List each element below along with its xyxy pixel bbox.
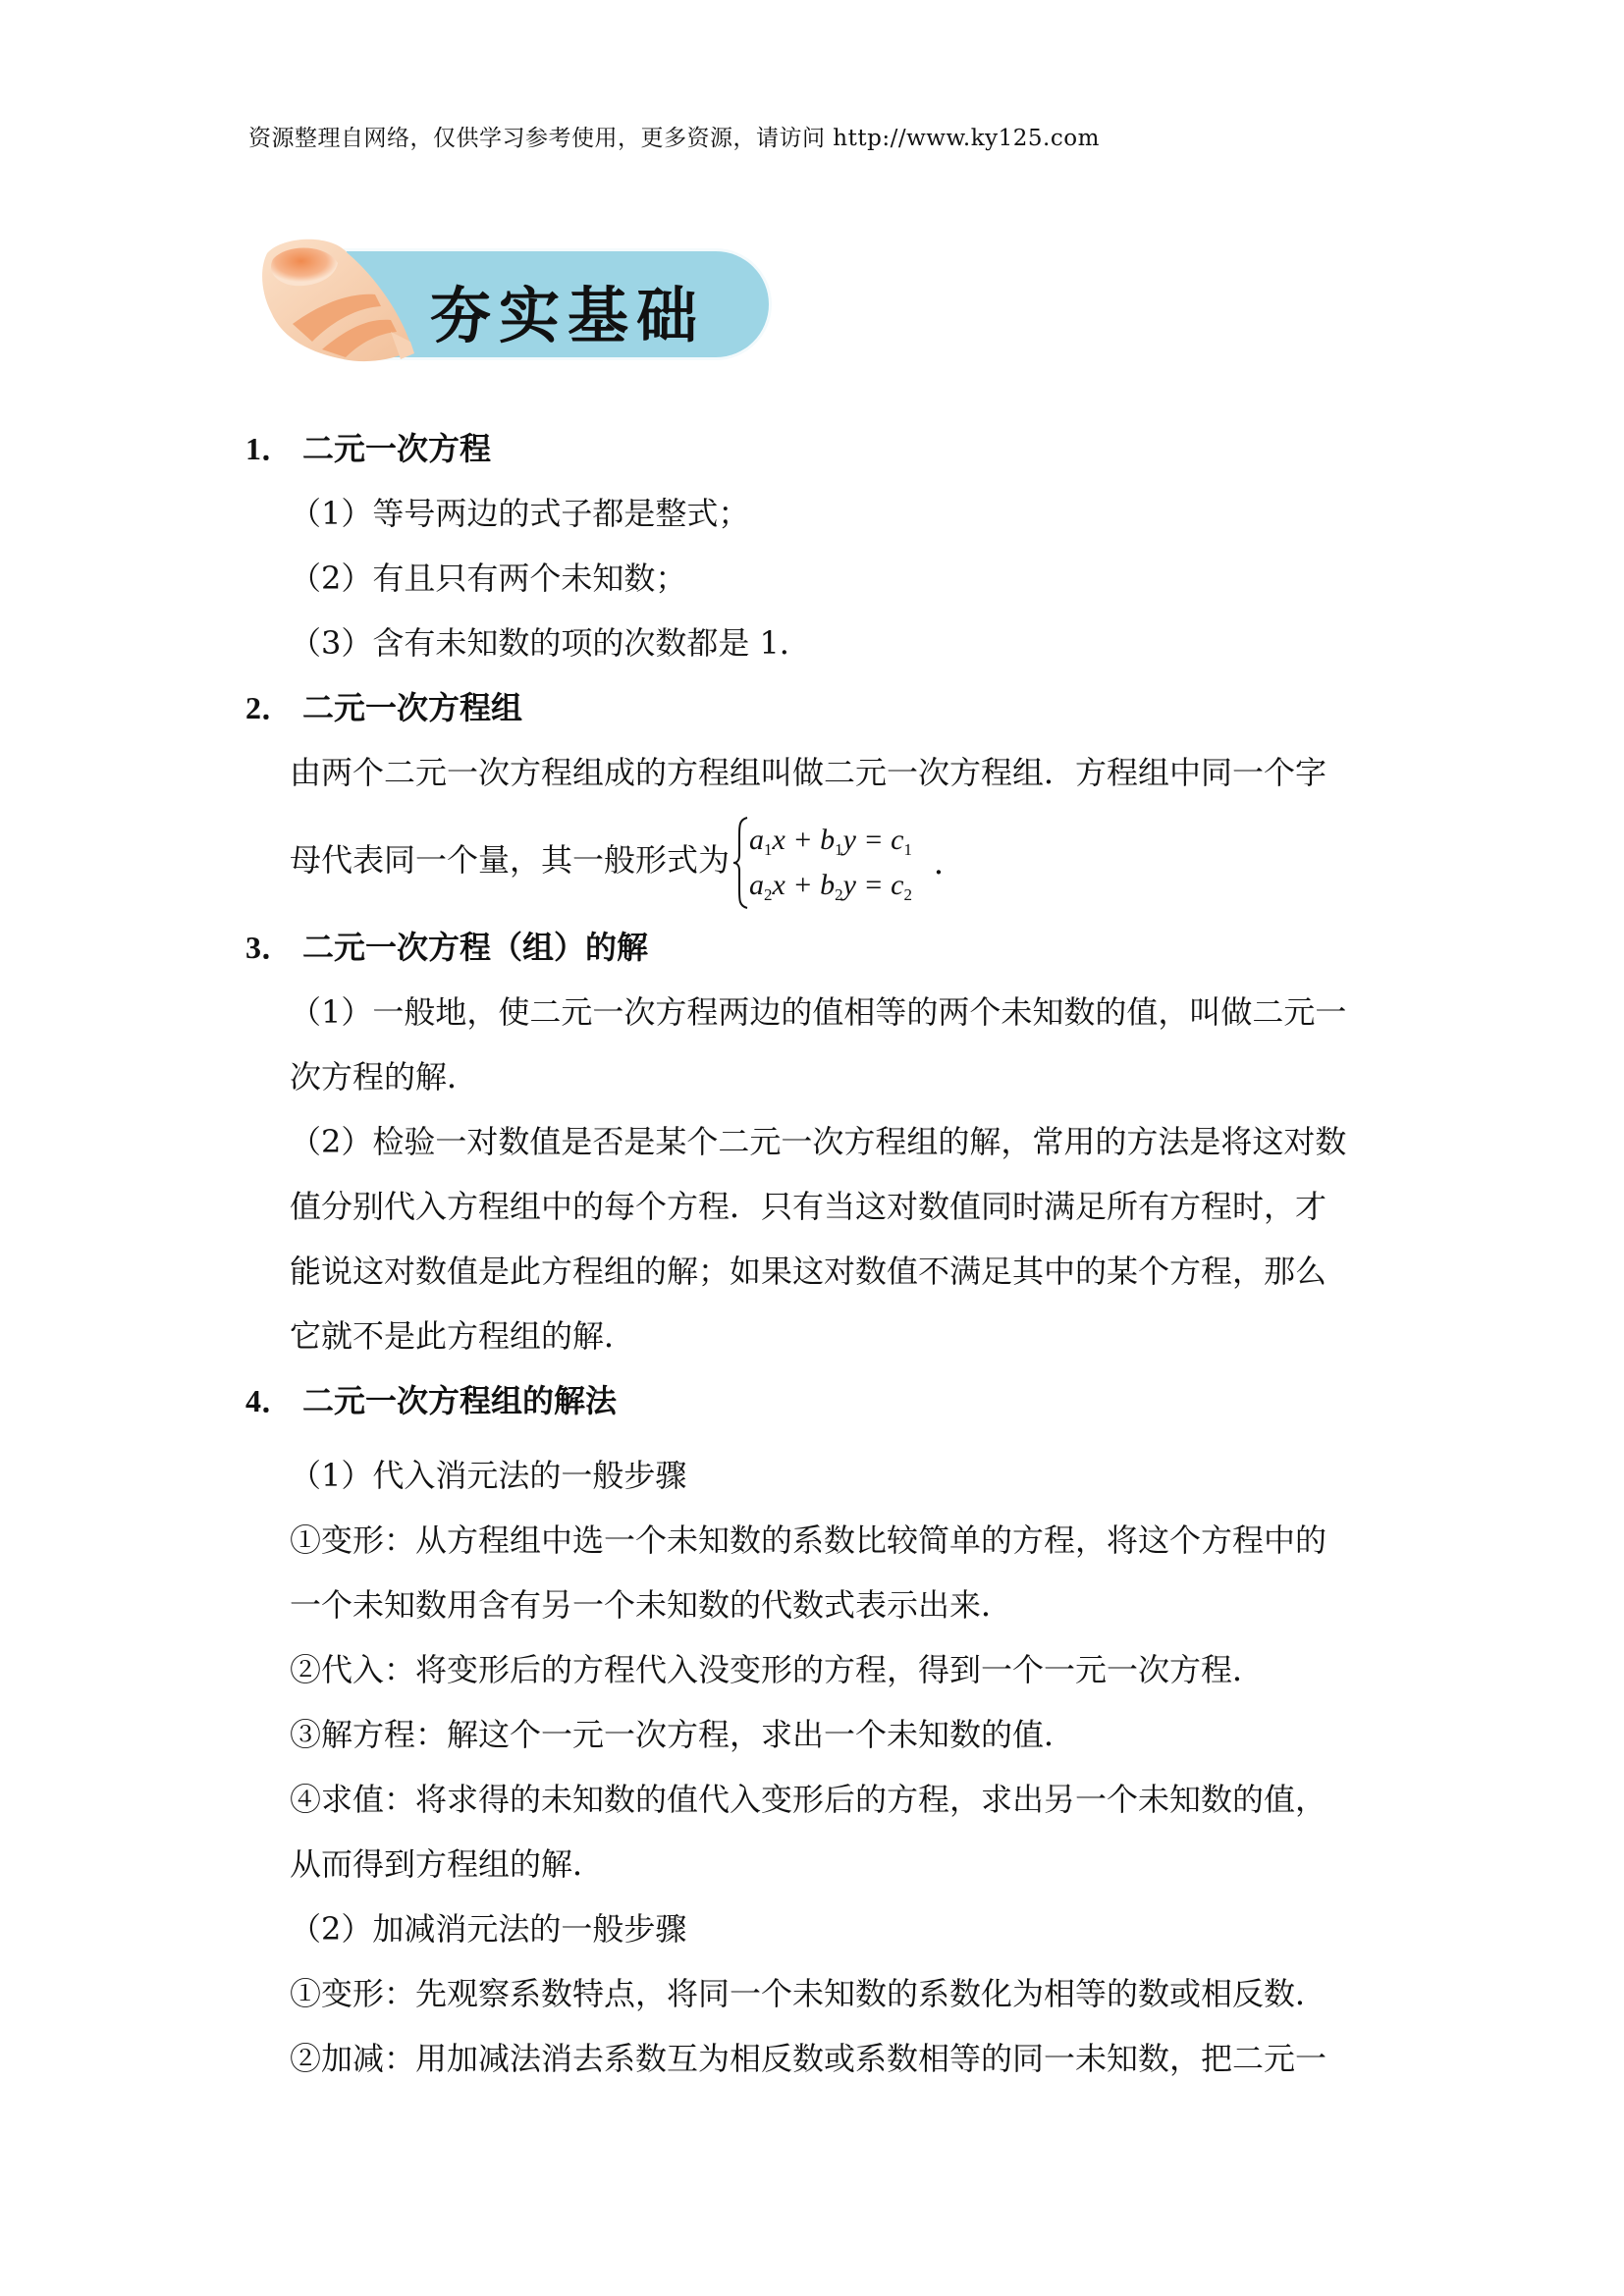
formula-period: ．	[934, 808, 965, 918]
paragraph-line: 从而得到方程组的解．	[245, 1832, 1404, 1896]
source-note: 资源整理自网络，仅供学习参考使用，更多资源，请访问 http://www.ky1…	[248, 120, 1100, 152]
paragraph-line: ①变形：先观察系数特点，将同一个未知数的系数化为相等的数或相反数．	[245, 1961, 1404, 2026]
paragraph-line: 次方程的解．	[245, 1044, 1404, 1109]
paragraph-line: 由两个二元一次方程组成的方程组叫做二元一次方程组．方程组中同一个字	[245, 740, 1404, 805]
section-banner: 夯实基础	[253, 234, 774, 371]
paragraph-line: 它就不是此方程组的解．	[245, 1304, 1404, 1368]
left-brace-icon	[731, 816, 749, 910]
paragraph-line: （2）检验一对数值是否是某个二元一次方程组的解，常用的方法是将这对数	[245, 1109, 1404, 1174]
paragraph-line: ③解方程：解这个一元一次方程，求出一个未知数的值．	[245, 1702, 1404, 1767]
section-heading-4: 4．二元一次方程组的解法	[245, 1368, 1404, 1433]
paragraph-line: （2）有且只有两个未知数；	[245, 546, 1404, 611]
paragraph-line: ②加减：用加减法消去系数互为相反数或系数相等的同一未知数，把二元一	[245, 2026, 1404, 2091]
shell-icon	[253, 234, 420, 371]
formula-line: 母代表同一个量，其一般形式为 a1x + b1y = c1 a2x + b2y …	[245, 805, 1404, 915]
paragraph-line: 能说这对数值是此方程组的解；如果这对数值不满足其中的某个方程，那么	[245, 1239, 1404, 1304]
section-heading-1: 1．二元一次方程	[245, 416, 1404, 481]
paragraph-line: （1）代入消元法的一般步骤	[245, 1443, 1404, 1508]
paragraph-line: ①变形：从方程组中选一个未知数的系数比较简单的方程，将这个方程中的	[245, 1508, 1404, 1573]
paragraph-line: （1）等号两边的式子都是整式；	[245, 481, 1404, 546]
paragraph-line: （1）一般地，使二元一次方程两边的值相等的两个未知数的值，叫做二元一	[245, 980, 1404, 1044]
paragraph-line: ④求值：将求得的未知数的值代入变形后的方程，求出另一个未知数的值，	[245, 1767, 1404, 1832]
paragraph-line: （2）加减消元法的一般步骤	[245, 1896, 1404, 1961]
document-body: 1．二元一次方程 （1）等号两边的式子都是整式； （2）有且只有两个未知数； （…	[245, 416, 1404, 2091]
paragraph-line: 值分别代入方程组中的每个方程．只有当这对数值同时满足所有方程时，才	[245, 1174, 1404, 1239]
paragraph-line: 一个未知数用含有另一个未知数的代数式表示出来．	[245, 1573, 1404, 1637]
section-heading-3: 3．二元一次方程（组）的解	[245, 915, 1404, 980]
equation-1: a1x + b1y = c1	[749, 818, 912, 863]
equation-system: a1x + b1y = c1 a2x + b2y = c2	[731, 816, 928, 910]
banner-title: 夯实基础	[430, 267, 705, 354]
paragraph-line: （3）含有未知数的项的次数都是 1．	[245, 611, 1404, 675]
equation-2: a2x + b2y = c2	[749, 863, 912, 908]
paragraph-line: ②代入：将变形后的方程代入没变形的方程，得到一个一元一次方程．	[245, 1637, 1404, 1702]
section-heading-2: 2．二元一次方程组	[245, 675, 1404, 740]
